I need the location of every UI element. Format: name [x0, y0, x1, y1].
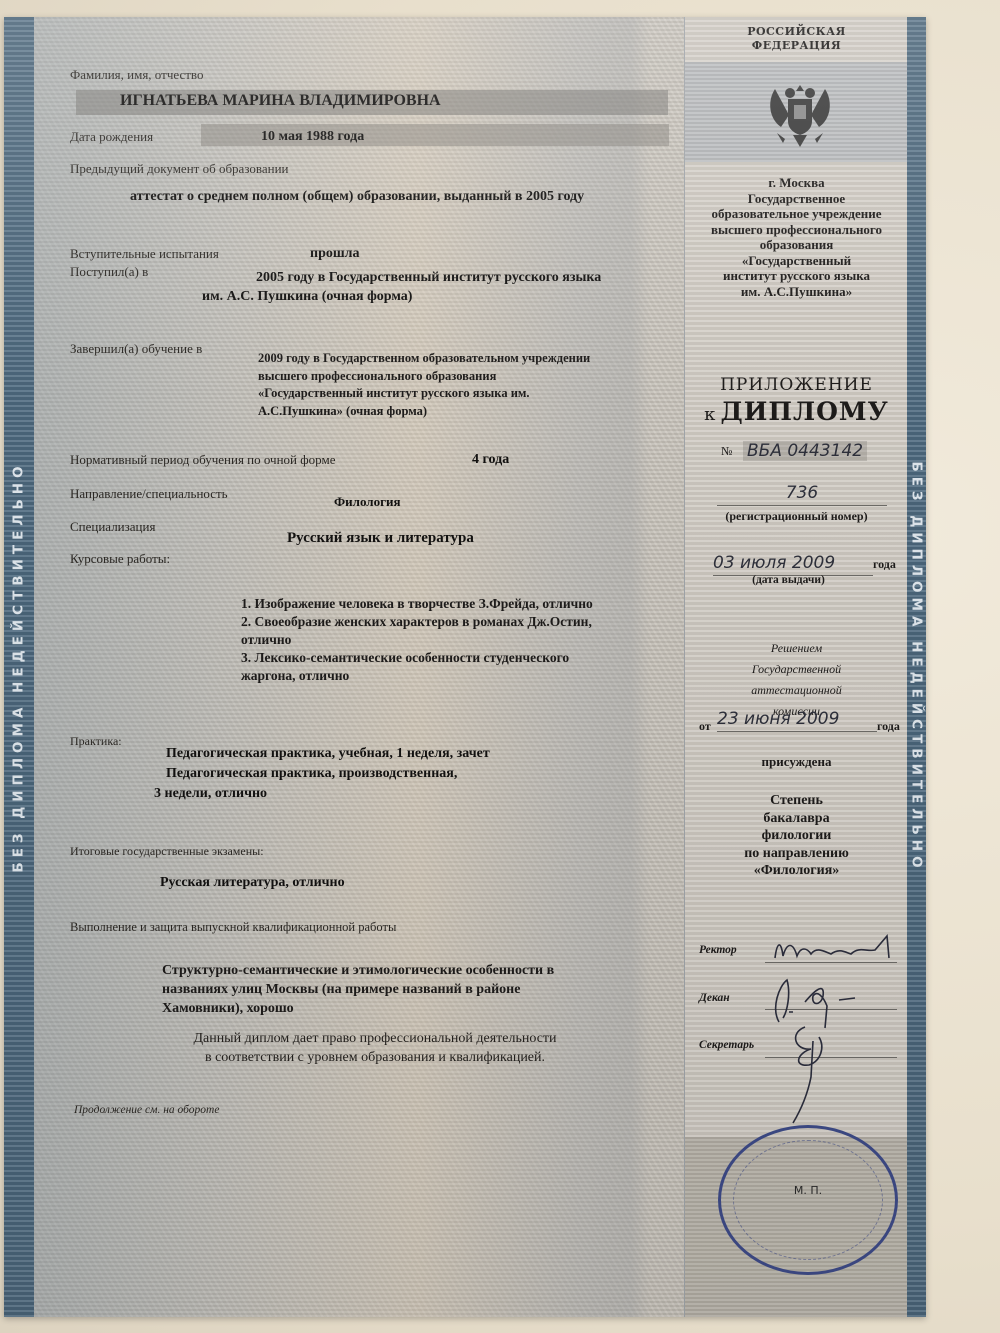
- issue-date: 03 июля 2009: [713, 553, 835, 573]
- security-band-left: БЕЗ ДИПЛОМА НЕДЕЙСТВИТЕЛЬНО: [4, 17, 34, 1317]
- title-main: ДИПЛОМУ: [721, 397, 889, 426]
- issue-year-word: года: [873, 557, 896, 572]
- decision-date-field: 23 июня 2009: [717, 709, 877, 732]
- coursework-line-4: 3. Лексико-семантические особенности сту…: [241, 649, 593, 667]
- coursework-label: Курсовые работы:: [70, 551, 170, 567]
- coursework-line-1: 1. Изображение человека в творчестве З.Ф…: [241, 595, 593, 613]
- previous-education-label: Предыдущий документ об образовании: [70, 161, 289, 177]
- enrolled-line-1: 2005 году в Государственный институт рус…: [256, 270, 601, 286]
- signature-role-secretary: Секретарь: [699, 1039, 754, 1051]
- completed-block: 2009 году в Государственном образователь…: [258, 350, 590, 420]
- title-line-1: ПРИЛОЖЕНИЕ: [685, 375, 908, 395]
- issue-date-label: (дата выдачи): [677, 574, 900, 586]
- awarded-text: присуждена: [685, 754, 908, 770]
- completed-line-1: 2009 году в Государственном образователь…: [258, 350, 590, 368]
- direction-label: Направление/специальность: [70, 486, 228, 502]
- thesis-label: Выполнение и защита выпускной квалификац…: [70, 920, 396, 935]
- degree-block: Степень бакалавра филологии по направлен…: [685, 792, 908, 880]
- institution-line-6: «Государственный: [685, 253, 908, 269]
- decision-date: 23 июня 2009: [717, 709, 839, 729]
- rights-line-1: Данный диплом дает право профессионально…: [120, 1029, 630, 1048]
- main-content: Фамилия, имя, отчество ИГНАТЬЕВА МАРИНА …: [34, 17, 684, 1317]
- thesis-line-3: Хамовники), хорошо: [162, 999, 554, 1018]
- diploma-number: ВБА 0443142: [743, 441, 867, 461]
- institution-line-2: Государственное: [685, 191, 908, 207]
- institution-line-5: образования: [685, 237, 908, 253]
- coursework-line-3: отлично: [241, 631, 593, 649]
- coursework-line-2: 2. Своеобразие женских характеров в рома…: [241, 613, 593, 631]
- rights-line-2: в соответствии с уровнем образования и к…: [120, 1048, 630, 1067]
- secretary-signature-icon: [785, 1017, 845, 1127]
- rights-statement: Данный диплом дает право профессионально…: [120, 1029, 630, 1067]
- final-exams-value: Русская литература, отлично: [160, 875, 345, 891]
- diploma-supplement-sheet: БЕЗ ДИПЛОМА НЕДЕЙСТВИТЕЛЬНО Фамилия, имя…: [4, 17, 926, 1317]
- rector-signature-icon: [771, 932, 901, 964]
- country-line-2: ФЕДЕРАЦИЯ: [685, 39, 908, 53]
- institution-block: г. Москва Государственное образовательно…: [685, 175, 908, 299]
- previous-education-value: аттестат о среднем полном (общем) образо…: [130, 189, 584, 205]
- security-band-text-right: БЕЗ ДИПЛОМА НЕДЕЙСТВИТЕЛЬНО: [909, 461, 925, 872]
- completed-line-3: «Государственный институт русского языка…: [258, 385, 590, 403]
- decision-line-3: аттестационной: [685, 680, 908, 701]
- coursework-line-5: жаргона, отлично: [241, 667, 593, 685]
- degree-line-2: бакалавра: [685, 810, 908, 828]
- dob-value: 10 мая 1988 года: [261, 129, 364, 145]
- institution-line-1: г. Москва: [685, 175, 908, 191]
- practice-label: Практика:: [70, 734, 122, 749]
- practice-line-2: Педагогическая практика, производственна…: [166, 766, 457, 782]
- seal-inner-ring: [733, 1140, 883, 1260]
- completed-line-4: А.С.Пушкина» (очная форма): [258, 403, 590, 421]
- country-line-1: РОССИЙСКАЯ: [685, 25, 908, 39]
- reg-number: 736: [786, 483, 818, 503]
- country-block: РОССИЙСКАЯ ФЕДЕРАЦИЯ: [685, 25, 908, 53]
- title-line-2: к ДИПЛОМУ: [685, 397, 908, 426]
- entrance-exams-value: прошла: [310, 246, 360, 262]
- student-name: ИГНАТЬЕВА МАРИНА ВЛАДИМИРОВНА: [120, 92, 441, 110]
- title-prefix: к: [704, 404, 715, 425]
- institution-line-4: высшего профессионального: [685, 222, 908, 238]
- enrolled-label: Поступил(а) в: [70, 264, 148, 280]
- degree-line-3: филологии: [685, 827, 908, 845]
- issue-date-field: 03 июля 2009: [713, 553, 873, 576]
- coursework-list: 1. Изображение человека в творчестве З.Ф…: [241, 595, 593, 685]
- completed-line-2: высшего профессионального образования: [258, 368, 590, 386]
- decision-from: от: [699, 719, 711, 734]
- degree-line-4: по направлению: [685, 845, 908, 863]
- name-label: Фамилия, имя, отчество: [70, 67, 203, 83]
- reg-number-label: (регистрационный номер): [685, 509, 908, 524]
- thesis-line-2: названиях улиц Москвы (на примере назван…: [162, 980, 554, 999]
- security-band-right: БЕЗ ДИПЛОМА НЕДЕЙСТВИТЕЛЬНО: [907, 17, 926, 1317]
- institution-line-8: им. А.С.Пушкина»: [685, 284, 908, 300]
- completed-label: Завершил(а) обучение в: [70, 341, 202, 357]
- normative-period-label: Нормативный период обучения по очной фор…: [70, 452, 335, 468]
- entrance-exams-label: Вступительные испытания: [70, 246, 219, 262]
- thesis-line-1: Структурно-семантические и этимологическ…: [162, 961, 554, 980]
- specialization-value: Русский язык и литература: [287, 530, 474, 547]
- signature-role-dean: Декан: [699, 992, 730, 1004]
- practice-line-3: 3 недели, отлично: [154, 786, 267, 802]
- signature-role-rector: Ректор: [699, 944, 737, 956]
- reg-number-field: 736: [717, 483, 887, 506]
- final-exams-label: Итоговые государственные экзамены:: [70, 844, 264, 859]
- decision-line-1: Решением: [685, 638, 908, 659]
- thesis-block: Структурно-семантические и этимологическ…: [162, 961, 554, 1018]
- double-headed-eagle-icon: [765, 75, 835, 155]
- decision-year-word: года: [877, 719, 900, 734]
- continuation-note: Продолжение см. на обороте: [74, 1104, 219, 1116]
- normative-period-value: 4 года: [472, 452, 509, 468]
- specialization-label: Специализация: [70, 519, 155, 535]
- official-seal: М. П.: [718, 1125, 898, 1275]
- degree-line-5: «Филология»: [685, 862, 908, 880]
- enrolled-line-2: им. А.С. Пушкина (очная форма): [202, 289, 412, 305]
- decision-line-2: Государственной: [685, 659, 908, 680]
- security-band-text: БЕЗ ДИПЛОМА НЕДЕЙСТВИТЕЛЬНО: [11, 461, 27, 872]
- number-sign: №: [721, 444, 732, 459]
- institution-line-7: институт русского языка: [685, 268, 908, 284]
- right-panel: РОССИЙСКАЯ ФЕДЕРАЦИЯ г. Москва Государст…: [684, 17, 908, 1317]
- dob-label: Дата рождения: [70, 129, 153, 145]
- degree-line-1: Степень: [685, 792, 908, 810]
- practice-line-1: Педагогическая практика, учебная, 1 неде…: [166, 746, 490, 762]
- direction-value: Филология: [334, 494, 401, 510]
- institution-line-3: образовательное учреждение: [685, 206, 908, 222]
